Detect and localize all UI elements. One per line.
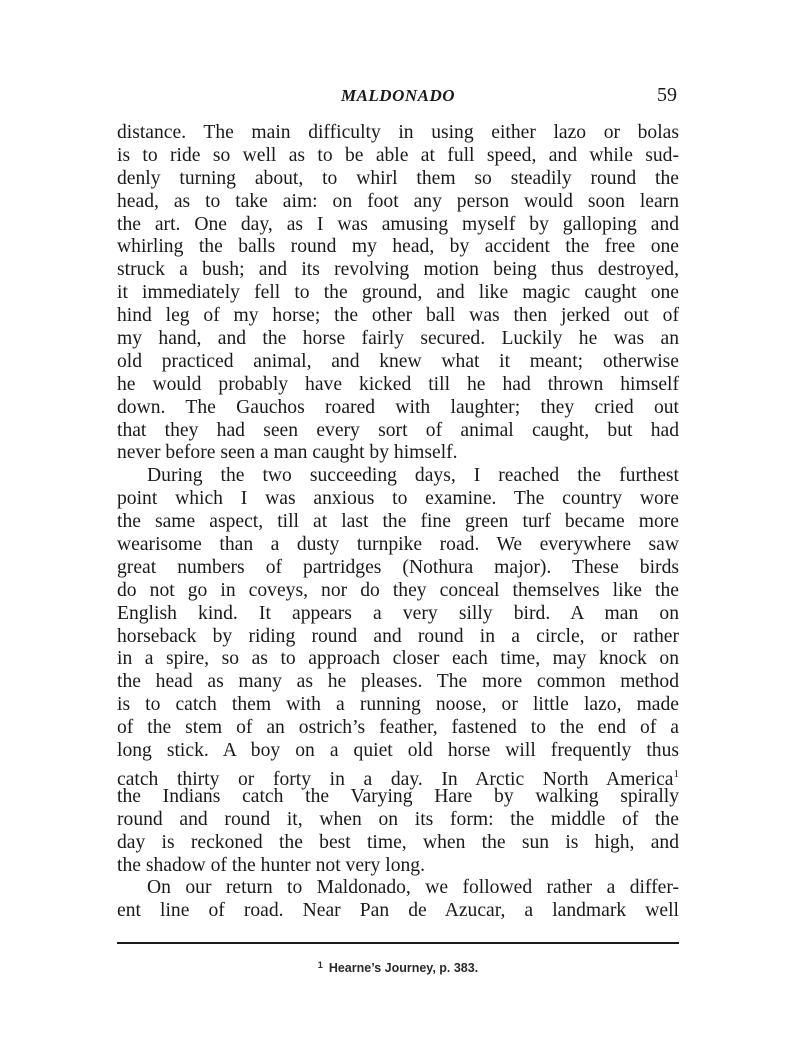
text-line: he would probably have kicked till he ha… bbox=[117, 374, 679, 397]
text-line: whirling the balls round my head, by acc… bbox=[117, 236, 679, 259]
text-line: that they had seen every sort of animal … bbox=[117, 420, 679, 443]
text-line: denly turning about, to whirl them so st… bbox=[117, 168, 679, 191]
text-line: head, as to take aim: on foot any person… bbox=[117, 191, 679, 214]
footnote-mark: 1 bbox=[318, 960, 323, 970]
text-line: distance. The main difficulty in using e… bbox=[117, 122, 679, 145]
running-title: MALDONADO bbox=[117, 86, 679, 106]
text-line: great numbers of partridges (Nothura maj… bbox=[117, 557, 679, 580]
text-line: old practiced animal, and knew what it m… bbox=[117, 351, 679, 374]
footnote-reference[interactable]: 1 bbox=[674, 768, 680, 780]
text-line: wearisome than a dusty turnpike road. We… bbox=[117, 534, 679, 557]
footnote-divider bbox=[117, 942, 679, 944]
text-line: the head as many as he pleases. The more… bbox=[117, 671, 679, 694]
text-line: is to catch them with a running noose, o… bbox=[117, 694, 679, 717]
footnote-text: Hearne’s Journey, p. 383. bbox=[329, 961, 478, 975]
text-line: in a spire, so as to approach closer eac… bbox=[117, 648, 679, 671]
text-line: is to ride so well as to be able at full… bbox=[117, 145, 679, 168]
text-line: English kind. It appears a very silly bi… bbox=[117, 603, 679, 626]
text-line: the Indians catch the Varying Hare by wa… bbox=[117, 786, 679, 809]
text-line: struck a bush; and its revolving motion … bbox=[117, 259, 679, 282]
text-line: the same aspect, till at last the fine g… bbox=[117, 511, 679, 534]
footnote: 1Hearne’s Journey, p. 383. bbox=[117, 960, 679, 975]
text-line: the art. One day, as I was amusing mysel… bbox=[117, 214, 679, 237]
text-line: the shadow of the hunter not very long. bbox=[117, 855, 679, 878]
text-line: point which I was anxious to examine. Th… bbox=[117, 488, 679, 511]
running-head: MALDONADO 59 bbox=[117, 86, 679, 110]
text-line: long stick. A boy on a quiet old horse w… bbox=[117, 740, 679, 763]
text-line: hind leg of my horse; the other ball was… bbox=[117, 305, 679, 328]
paragraph-start-line: During the two succeeding days, I reache… bbox=[117, 465, 679, 488]
page-number: 59 bbox=[657, 84, 677, 107]
text-line: of the stem of an ostrich’s feather, fas… bbox=[117, 717, 679, 740]
text-line: horseback by riding round and round in a… bbox=[117, 626, 679, 649]
text-line: ent line of road. Near Pan de Azucar, a … bbox=[117, 900, 679, 923]
text-line-with-footnote-ref: catch thirty or forty in a day. In Arcti… bbox=[117, 763, 679, 786]
body-text: distance. The main difficulty in using e… bbox=[117, 122, 679, 923]
text-line: never before seen a man caught by himsel… bbox=[117, 442, 679, 465]
text-line: down. The Gauchos roared with laughter; … bbox=[117, 397, 679, 420]
text-line: do not go in coveys, nor do they conceal… bbox=[117, 580, 679, 603]
text-line: round and round it, when on its form: th… bbox=[117, 809, 679, 832]
text-line: day is reckoned the best time, when the … bbox=[117, 832, 679, 855]
text-line: it immediately fell to the ground, and l… bbox=[117, 282, 679, 305]
text-line: my hand, and the horse fairly secured. L… bbox=[117, 328, 679, 351]
paragraph-start-line: On our return to Maldonado, we followed … bbox=[117, 877, 679, 900]
